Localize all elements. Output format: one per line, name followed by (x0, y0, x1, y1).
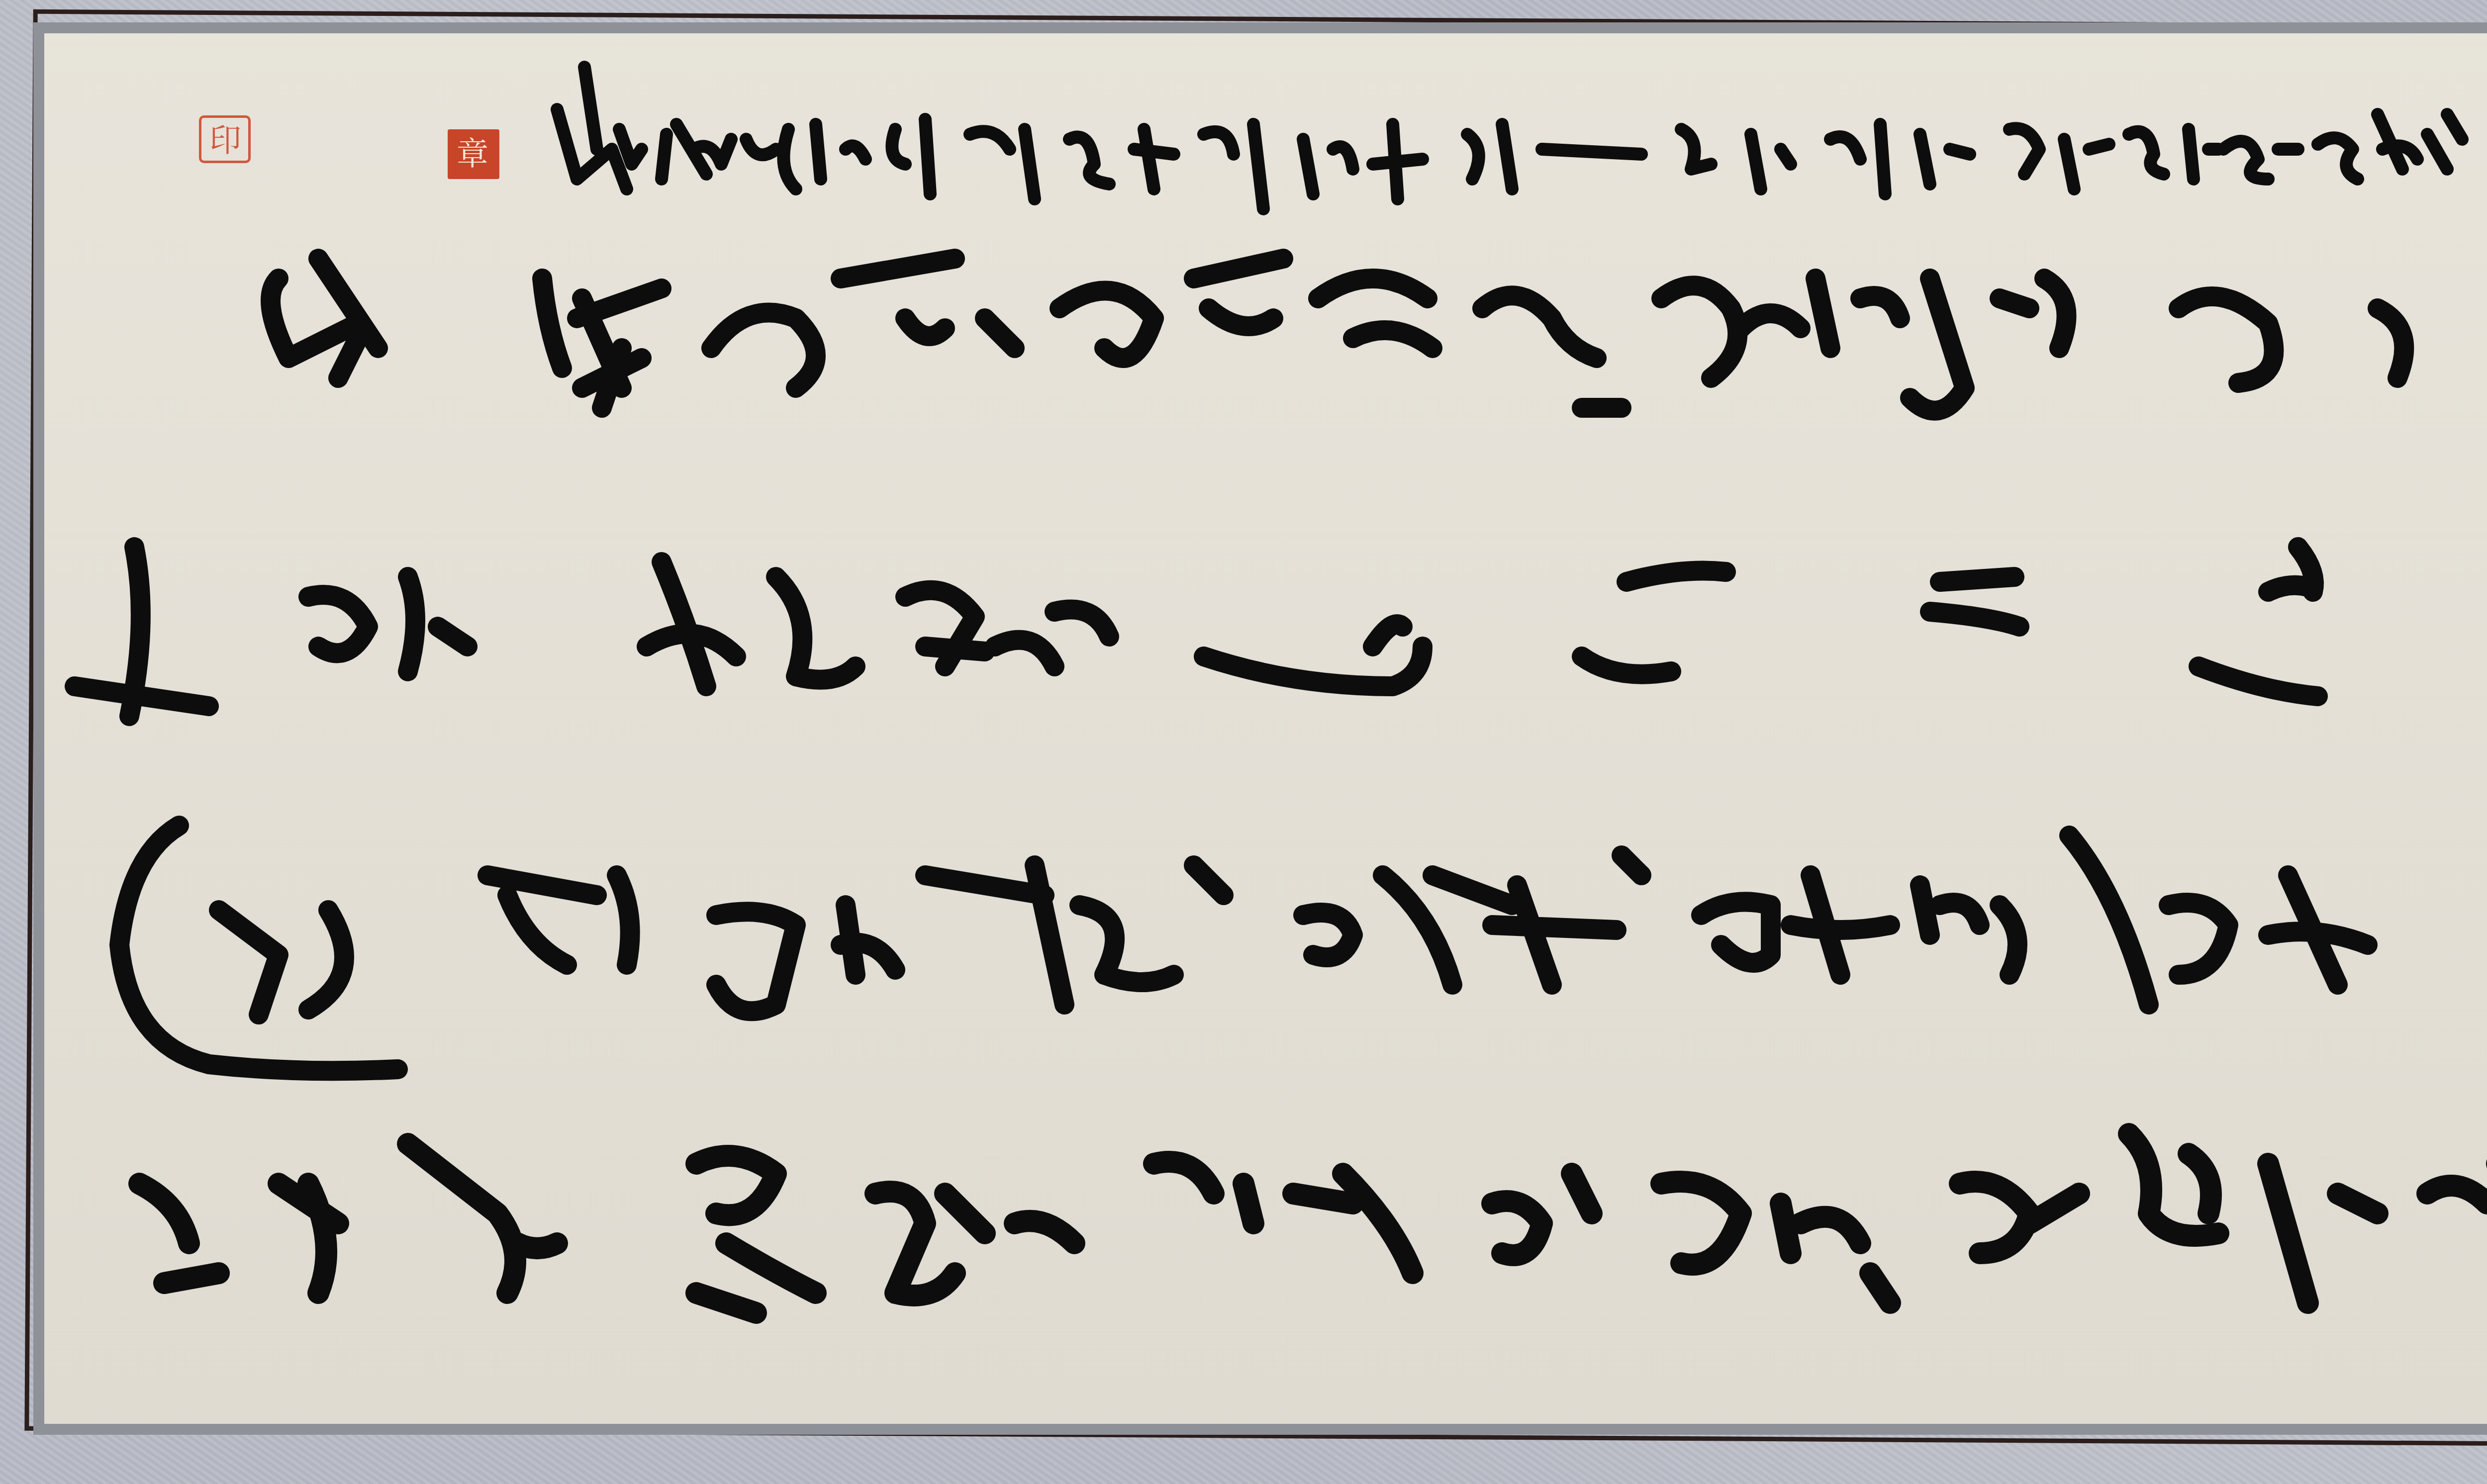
seal-glyph: 印 (209, 125, 241, 157)
name-seal-baiwen: 章 (448, 129, 499, 179)
main-line-2 (75, 547, 2487, 756)
calligraphy-ink (0, 0, 2487, 1484)
seal-glyph: 章 (457, 138, 488, 170)
colophon-line (557, 67, 2462, 209)
name-seal-zhuwen: 印 (199, 115, 251, 163)
main-line-1 (271, 259, 2487, 420)
main-line-3 (119, 826, 2487, 1071)
main-line-4 (139, 1134, 2487, 1313)
